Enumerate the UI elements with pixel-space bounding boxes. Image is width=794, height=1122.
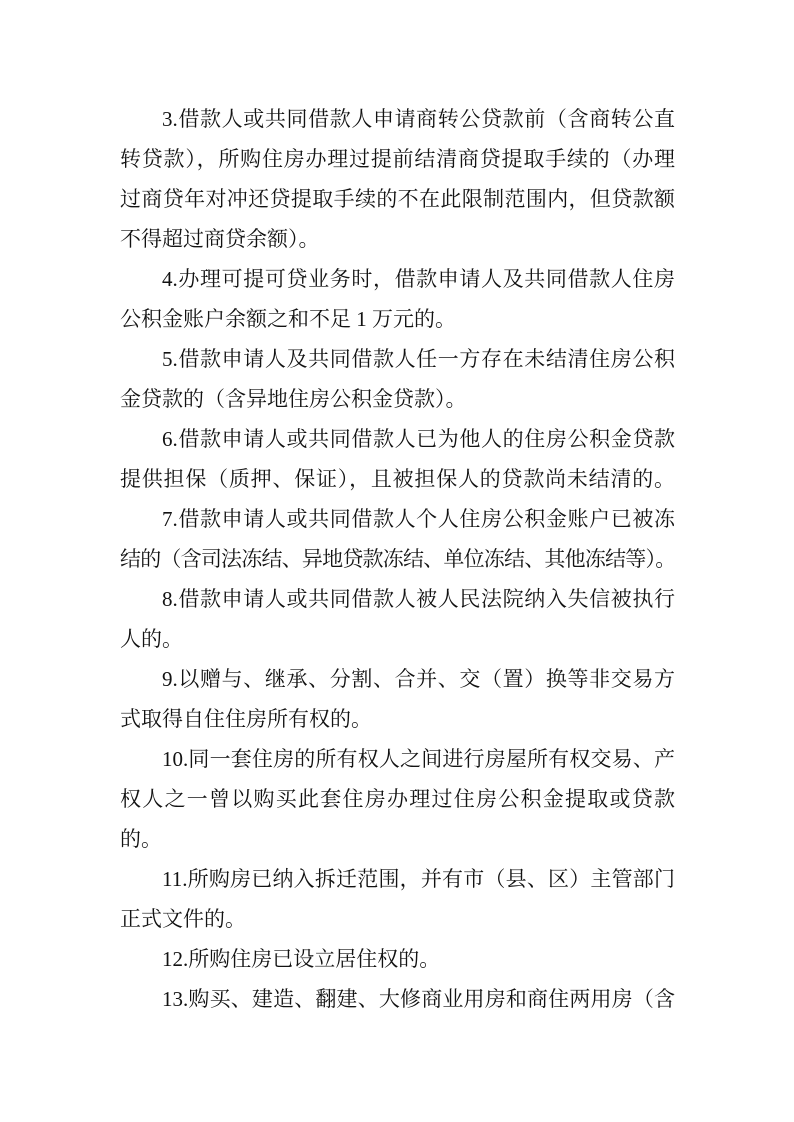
- text-line: 9.以赠与、继承、分割、合并、交（置）换等非交易方: [120, 659, 675, 699]
- paragraph-item-9: 9.以赠与、继承、分割、合并、交（置）换等非交易方 式取得自住住房所有权的。: [120, 659, 675, 739]
- text-line: 转贷款），所购住房办理过提前结清商贷提取手续的（办理: [120, 139, 675, 179]
- text-line: 8.借款申请人或共同借款人被人民法院纳入失信被执行: [120, 579, 675, 619]
- text-line: 4.办理可提可贷业务时，借款申请人及共同借款人住房: [120, 259, 675, 299]
- paragraph-item-6: 6.借款申请人或共同借款人已为他人的住房公积金贷款 提供担保（质押、保证），且被…: [120, 419, 675, 499]
- text-line: 6.借款申请人或共同借款人已为他人的住房公积金贷款: [120, 419, 675, 459]
- text-line: 11.所购房已纳入拆迁范围，并有市（县、区）主管部门: [120, 859, 675, 899]
- text-line: 人的。: [120, 619, 675, 659]
- text-line: 结的（含司法冻结、异地贷款冻结、单位冻结、其他冻结等）。: [120, 539, 675, 579]
- paragraph-item-10: 10.同一套住房的所有权人之间进行房屋所有权交易、产 权人之一曾以购买此套住房办…: [120, 739, 675, 859]
- text-line: 的。: [120, 819, 675, 859]
- text-line: 5.借款申请人及共同借款人任一方存在未结清住房公积: [120, 339, 675, 379]
- paragraph-item-3: 3.借款人或共同借款人申请商转公贷款前（含商转公直 转贷款），所购住房办理过提前…: [120, 99, 675, 259]
- paragraph-item-8: 8.借款申请人或共同借款人被人民法院纳入失信被执行 人的。: [120, 579, 675, 659]
- text-line: 式取得自住住房所有权的。: [120, 699, 675, 739]
- text-line: 权人之一曾以购买此套住房办理过住房公积金提取或贷款: [120, 779, 675, 819]
- text-line: 10.同一套住房的所有权人之间进行房屋所有权交易、产: [120, 739, 675, 779]
- text-line: 提供担保（质押、保证），且被担保人的贷款尚未结清的。: [120, 459, 675, 499]
- paragraph-item-13: 13.购买、建造、翻建、大修商业用房和商住两用房（含: [120, 979, 675, 1019]
- paragraph-item-4: 4.办理可提可贷业务时，借款申请人及共同借款人住房 公积金账户余额之和不足 1 …: [120, 259, 675, 339]
- text-line: 过商贷年对冲还贷提取手续的不在此限制范围内，但贷款额: [120, 179, 675, 219]
- document-page: 3.借款人或共同借款人申请商转公贷款前（含商转公直 转贷款），所购住房办理过提前…: [0, 0, 794, 1122]
- text-line: 13.购买、建造、翻建、大修商业用房和商住两用房（含: [120, 979, 675, 1019]
- paragraph-item-7: 7.借款申请人或共同借款人个人住房公积金账户已被冻 结的（含司法冻结、异地贷款冻…: [120, 499, 675, 579]
- text-line: 公积金账户余额之和不足 1 万元的。: [120, 299, 675, 339]
- paragraph-item-11: 11.所购房已纳入拆迁范围，并有市（县、区）主管部门 正式文件的。: [120, 859, 675, 939]
- text-line: 3.借款人或共同借款人申请商转公贷款前（含商转公直: [120, 99, 675, 139]
- paragraph-item-5: 5.借款申请人及共同借款人任一方存在未结清住房公积 金贷款的（含异地住房公积金贷…: [120, 339, 675, 419]
- text-line: 不得超过商贷余额）。: [120, 219, 675, 259]
- text-line: 12.所购住房已设立居住权的。: [120, 939, 675, 979]
- text-line: 正式文件的。: [120, 899, 675, 939]
- text-line: 金贷款的（含异地住房公积金贷款）。: [120, 379, 675, 419]
- paragraph-item-12: 12.所购住房已设立居住权的。: [120, 939, 675, 979]
- text-line: 7.借款申请人或共同借款人个人住房公积金账户已被冻: [120, 499, 675, 539]
